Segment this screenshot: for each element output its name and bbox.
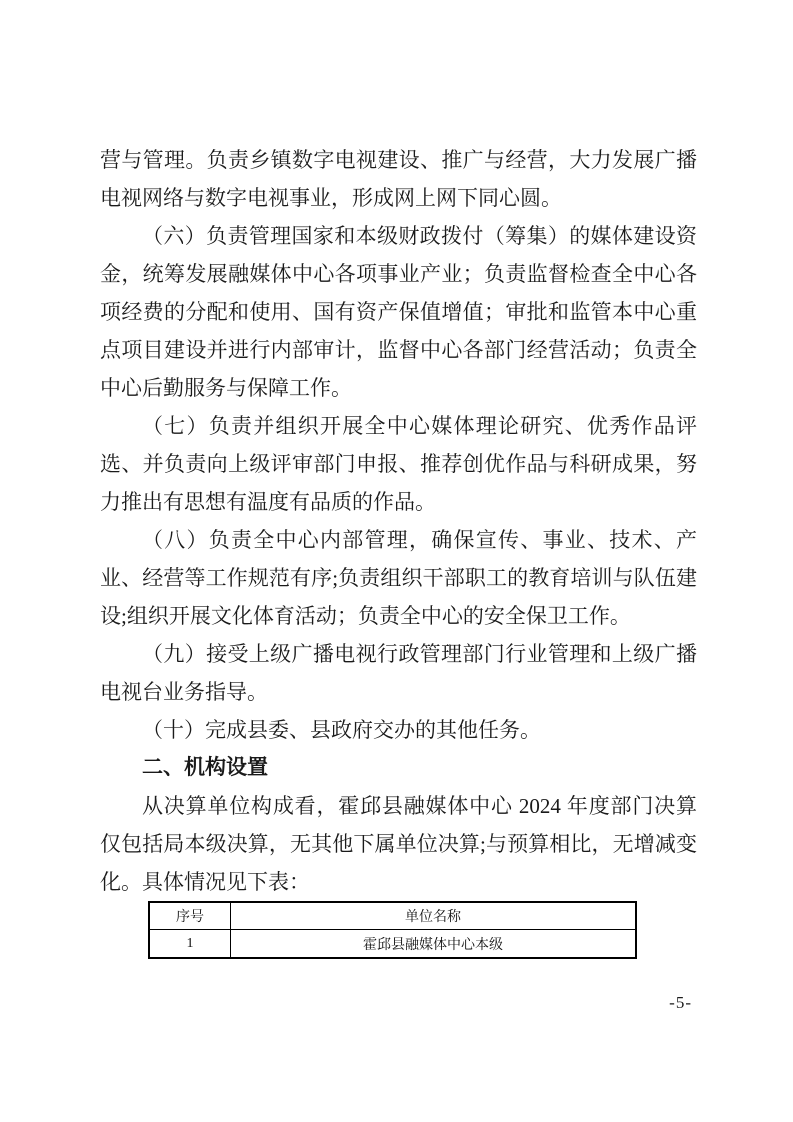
paragraph-duty-6: （六）负责管理国家和本级财政拨付（筹集）的媒体建设资金，统筹发展融媒体中心各项事… [100, 217, 697, 407]
document-body: 营与管理。负责乡镇数字电视建设、推广与经营，大力发展广播电视网络与数字电视事业，… [100, 141, 697, 959]
paragraph-intro: 从决算单位构成看，霍邱县融媒体中心 2024 年度部门决算仅包括局本级决算，无其… [100, 787, 697, 901]
section-heading: 二、机构设置 [100, 749, 697, 787]
table-row: 1 霍邱县融媒体中心本级 [149, 930, 636, 959]
paragraph-duty-9: （九）接受上级广播电视行政管理部门行业管理和上级广播电视台业务指导。 [100, 635, 697, 711]
table-header-serial: 序号 [149, 902, 231, 930]
unit-table: 序号 单位名称 1 霍邱县融媒体中心本级 [148, 901, 637, 959]
table-cell-serial: 1 [149, 930, 231, 959]
table-header-row: 序号 单位名称 [149, 902, 636, 930]
paragraph-duty-7: （七）负责并组织开展全中心媒体理论研究、优秀作品评选、并负责向上级评审部门申报、… [100, 407, 697, 521]
table-cell-unit-name: 霍邱县融媒体中心本级 [231, 930, 637, 959]
table-header-unit-name: 单位名称 [231, 902, 637, 930]
paragraph-duty-8: （八）负责全中心内部管理，确保宣传、事业、技术、产业、经营等工作规范有序;负责组… [100, 521, 697, 635]
paragraph-duty-10: （十）完成县委、县政府交办的其他任务。 [100, 711, 697, 749]
paragraph-continuation: 营与管理。负责乡镇数字电视建设、推广与经营，大力发展广播电视网络与数字电视事业，… [100, 141, 697, 217]
page-number: -5- [669, 993, 692, 1013]
